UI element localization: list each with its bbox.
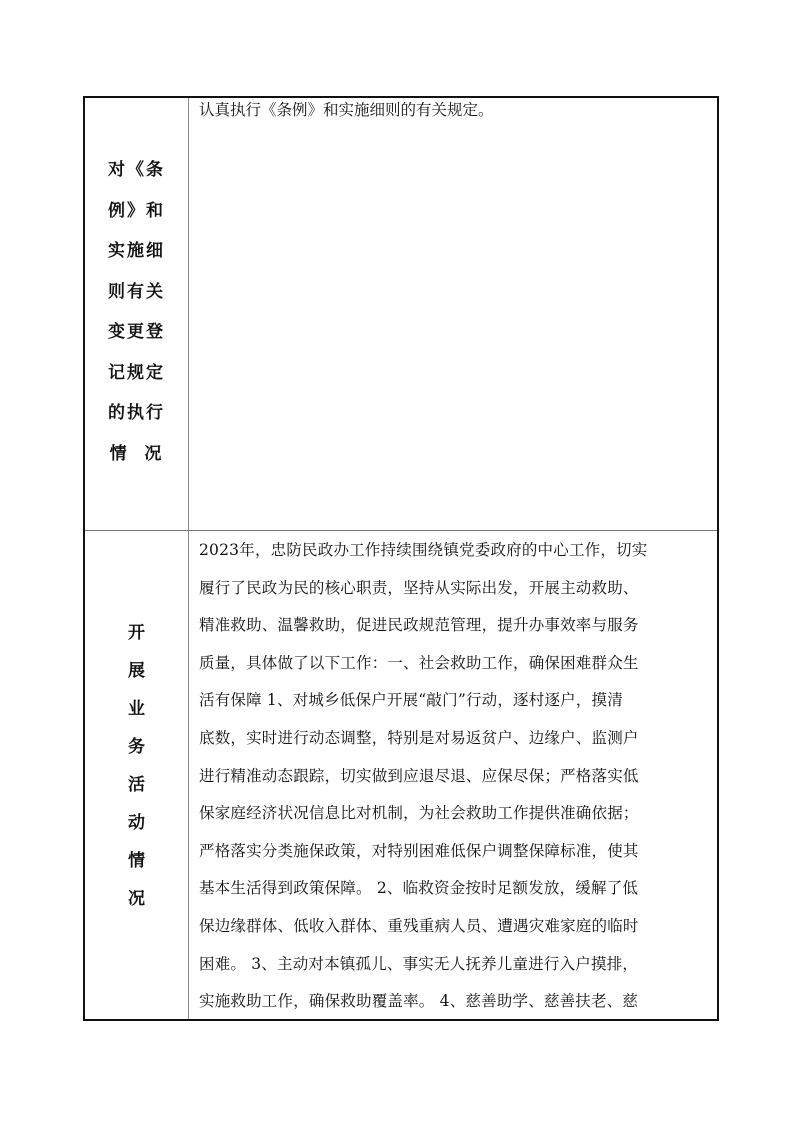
label-line: 务 <box>85 728 188 766</box>
label-line: 情 <box>85 842 188 880</box>
paragraph-line: 保家庭经济状况信息比对机制，为社会救助工作提供准确依据； <box>199 795 713 833</box>
label-line: 展 <box>85 652 188 690</box>
label-line: 开 <box>85 614 188 652</box>
business-activities-content: 2023年，忠防民政办工作持续围绕镇党委政府的中心工作，切实 履行了民政为民的核… <box>199 532 713 1021</box>
column-divider <box>188 98 189 1019</box>
paragraph-line: 基本生活得到政策保障。 2、临救资金按时足额发放，缓解了低 <box>199 870 713 908</box>
paragraph-line: 2023年，忠防民政办工作持续围绕镇党委政府的中心工作，切实 <box>199 532 713 570</box>
label-line: 活 <box>85 766 188 804</box>
label-line: 业 <box>85 690 188 728</box>
paragraph-line: 保边缘群体、低收入群体、重残重病人员、遭遇灾难家庭的临时 <box>199 908 713 946</box>
paragraph-line: 严格落实分类施保政策，对特别困难低保户调整保障标准，使其 <box>199 833 713 871</box>
paragraph-line: 进行精准动态跟踪，切实做到应退尽退、应保尽保；严格落实低 <box>199 758 713 796</box>
paragraph-line: 履行了民政为民的核心职责，坚持从实际出发，开展主动救助、 <box>199 570 713 608</box>
row-label-regulation-execution: 对《条 例》和 实施细 则有关 变更登 记规定 的执行 情 况 <box>85 150 188 474</box>
label-line: 变更登 <box>85 312 188 353</box>
label-line: 记规定 <box>85 353 188 394</box>
paragraph-line: 质量，具体做了以下工作：一、社会救助工作，确保困难群众生 <box>199 645 713 683</box>
paragraph-line: 困难。 3、主动对本镇孤儿、事实无人抚养儿童进行入户摸排， <box>199 946 713 984</box>
label-line: 况 <box>85 880 188 918</box>
row-label-business-activities: 开 展 业 务 活 动 情 况 <box>85 614 188 918</box>
paragraph-line: 底数，实时进行动态调整，特别是对易返贫户、边缘户、监测户 <box>199 720 713 758</box>
label-line: 情 况 <box>85 434 188 475</box>
document-table: 对《条 例》和 实施细 则有关 变更登 记规定 的执行 情 况 认真执行《条例》… <box>83 96 719 1021</box>
label-line: 动 <box>85 804 188 842</box>
label-line: 实施细 <box>85 231 188 272</box>
label-line: 例》和 <box>85 191 188 232</box>
label-line: 对《条 <box>85 150 188 191</box>
row-divider <box>85 530 717 531</box>
regulation-execution-content: 认真执行《条例》和实施细则的有关规定。 <box>199 98 711 122</box>
paragraph-line: 精准救助、温馨救助，促进民政规范管理，提升办事效率与服务 <box>199 607 713 645</box>
paragraph-line: 活有保障 1、对城乡低保户开展“敲门”行动，逐村逐户，摸清 <box>199 682 713 720</box>
label-line: 则有关 <box>85 272 188 313</box>
paragraph-line: 实施救助工作，确保救助覆盖率。 4、慈善助学、慈善扶老、慈 <box>199 983 713 1021</box>
label-line: 的执行 <box>85 393 188 434</box>
